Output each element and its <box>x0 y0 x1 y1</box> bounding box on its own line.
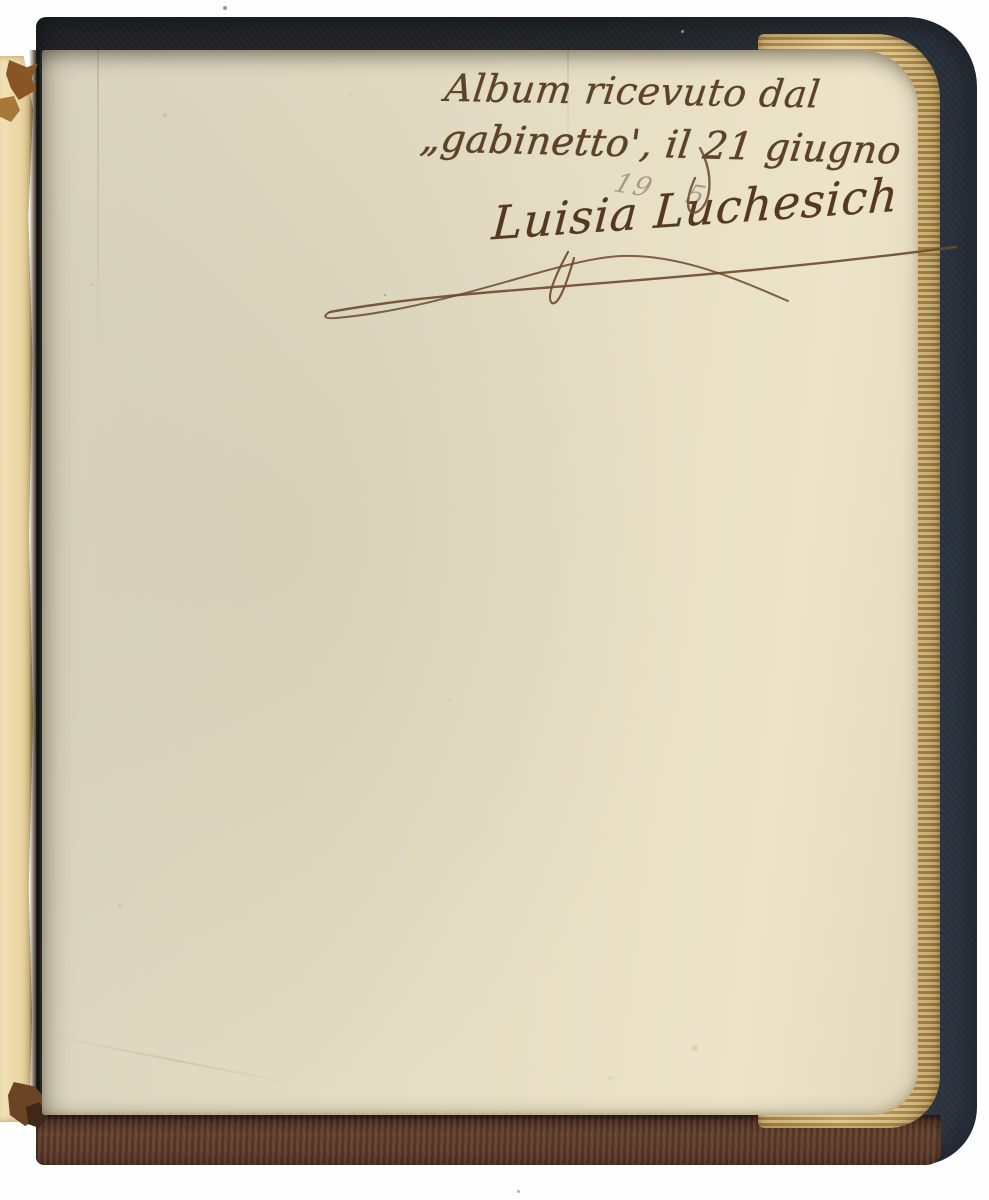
dust-speck <box>517 1190 520 1193</box>
dust-speck <box>681 30 684 33</box>
inscription-line-1: Album ricevuto dal <box>443 66 823 116</box>
dust-speck <box>223 6 227 10</box>
scanned-album-photo: Album ricevuto dal „gabinetto', il 21 gi… <box>0 0 989 1200</box>
page-crease <box>50 1035 296 1085</box>
page-crease <box>97 50 99 360</box>
